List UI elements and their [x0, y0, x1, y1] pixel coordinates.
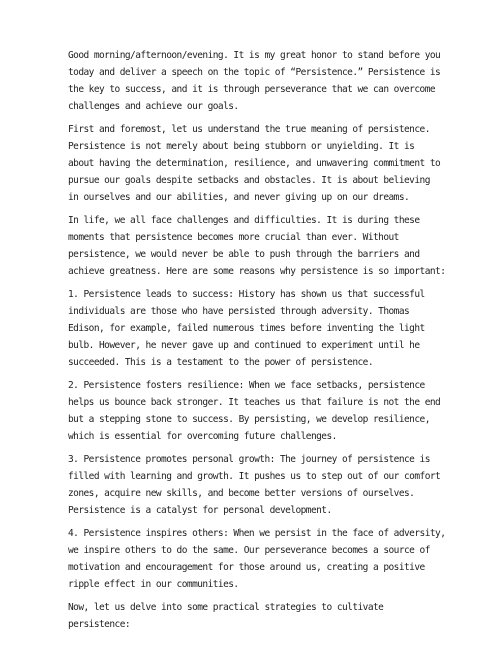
- list-item-3-growth: 3. Persistence promotes personal growth:…: [68, 451, 474, 519]
- paragraph-greeting: Good morning/afternoon/evening. It is my…: [68, 47, 474, 115]
- paragraph-strategies-lead-in: Now, let us delve into some practical st…: [68, 599, 474, 633]
- paragraph-meaning: First and foremost, let us understand th…: [68, 121, 474, 206]
- document-page: Good morning/afternoon/evening. It is my…: [0, 0, 502, 649]
- paragraph-importance-intro: In life, we all face challenges and diff…: [68, 212, 474, 280]
- list-item-2-resilience: 2. Persistence fosters resilience: When …: [68, 377, 474, 445]
- list-item-1-success: 1. Persistence leads to success: History…: [68, 286, 474, 371]
- list-item-4-inspires: 4. Persistence inspires others: When we …: [68, 525, 474, 593]
